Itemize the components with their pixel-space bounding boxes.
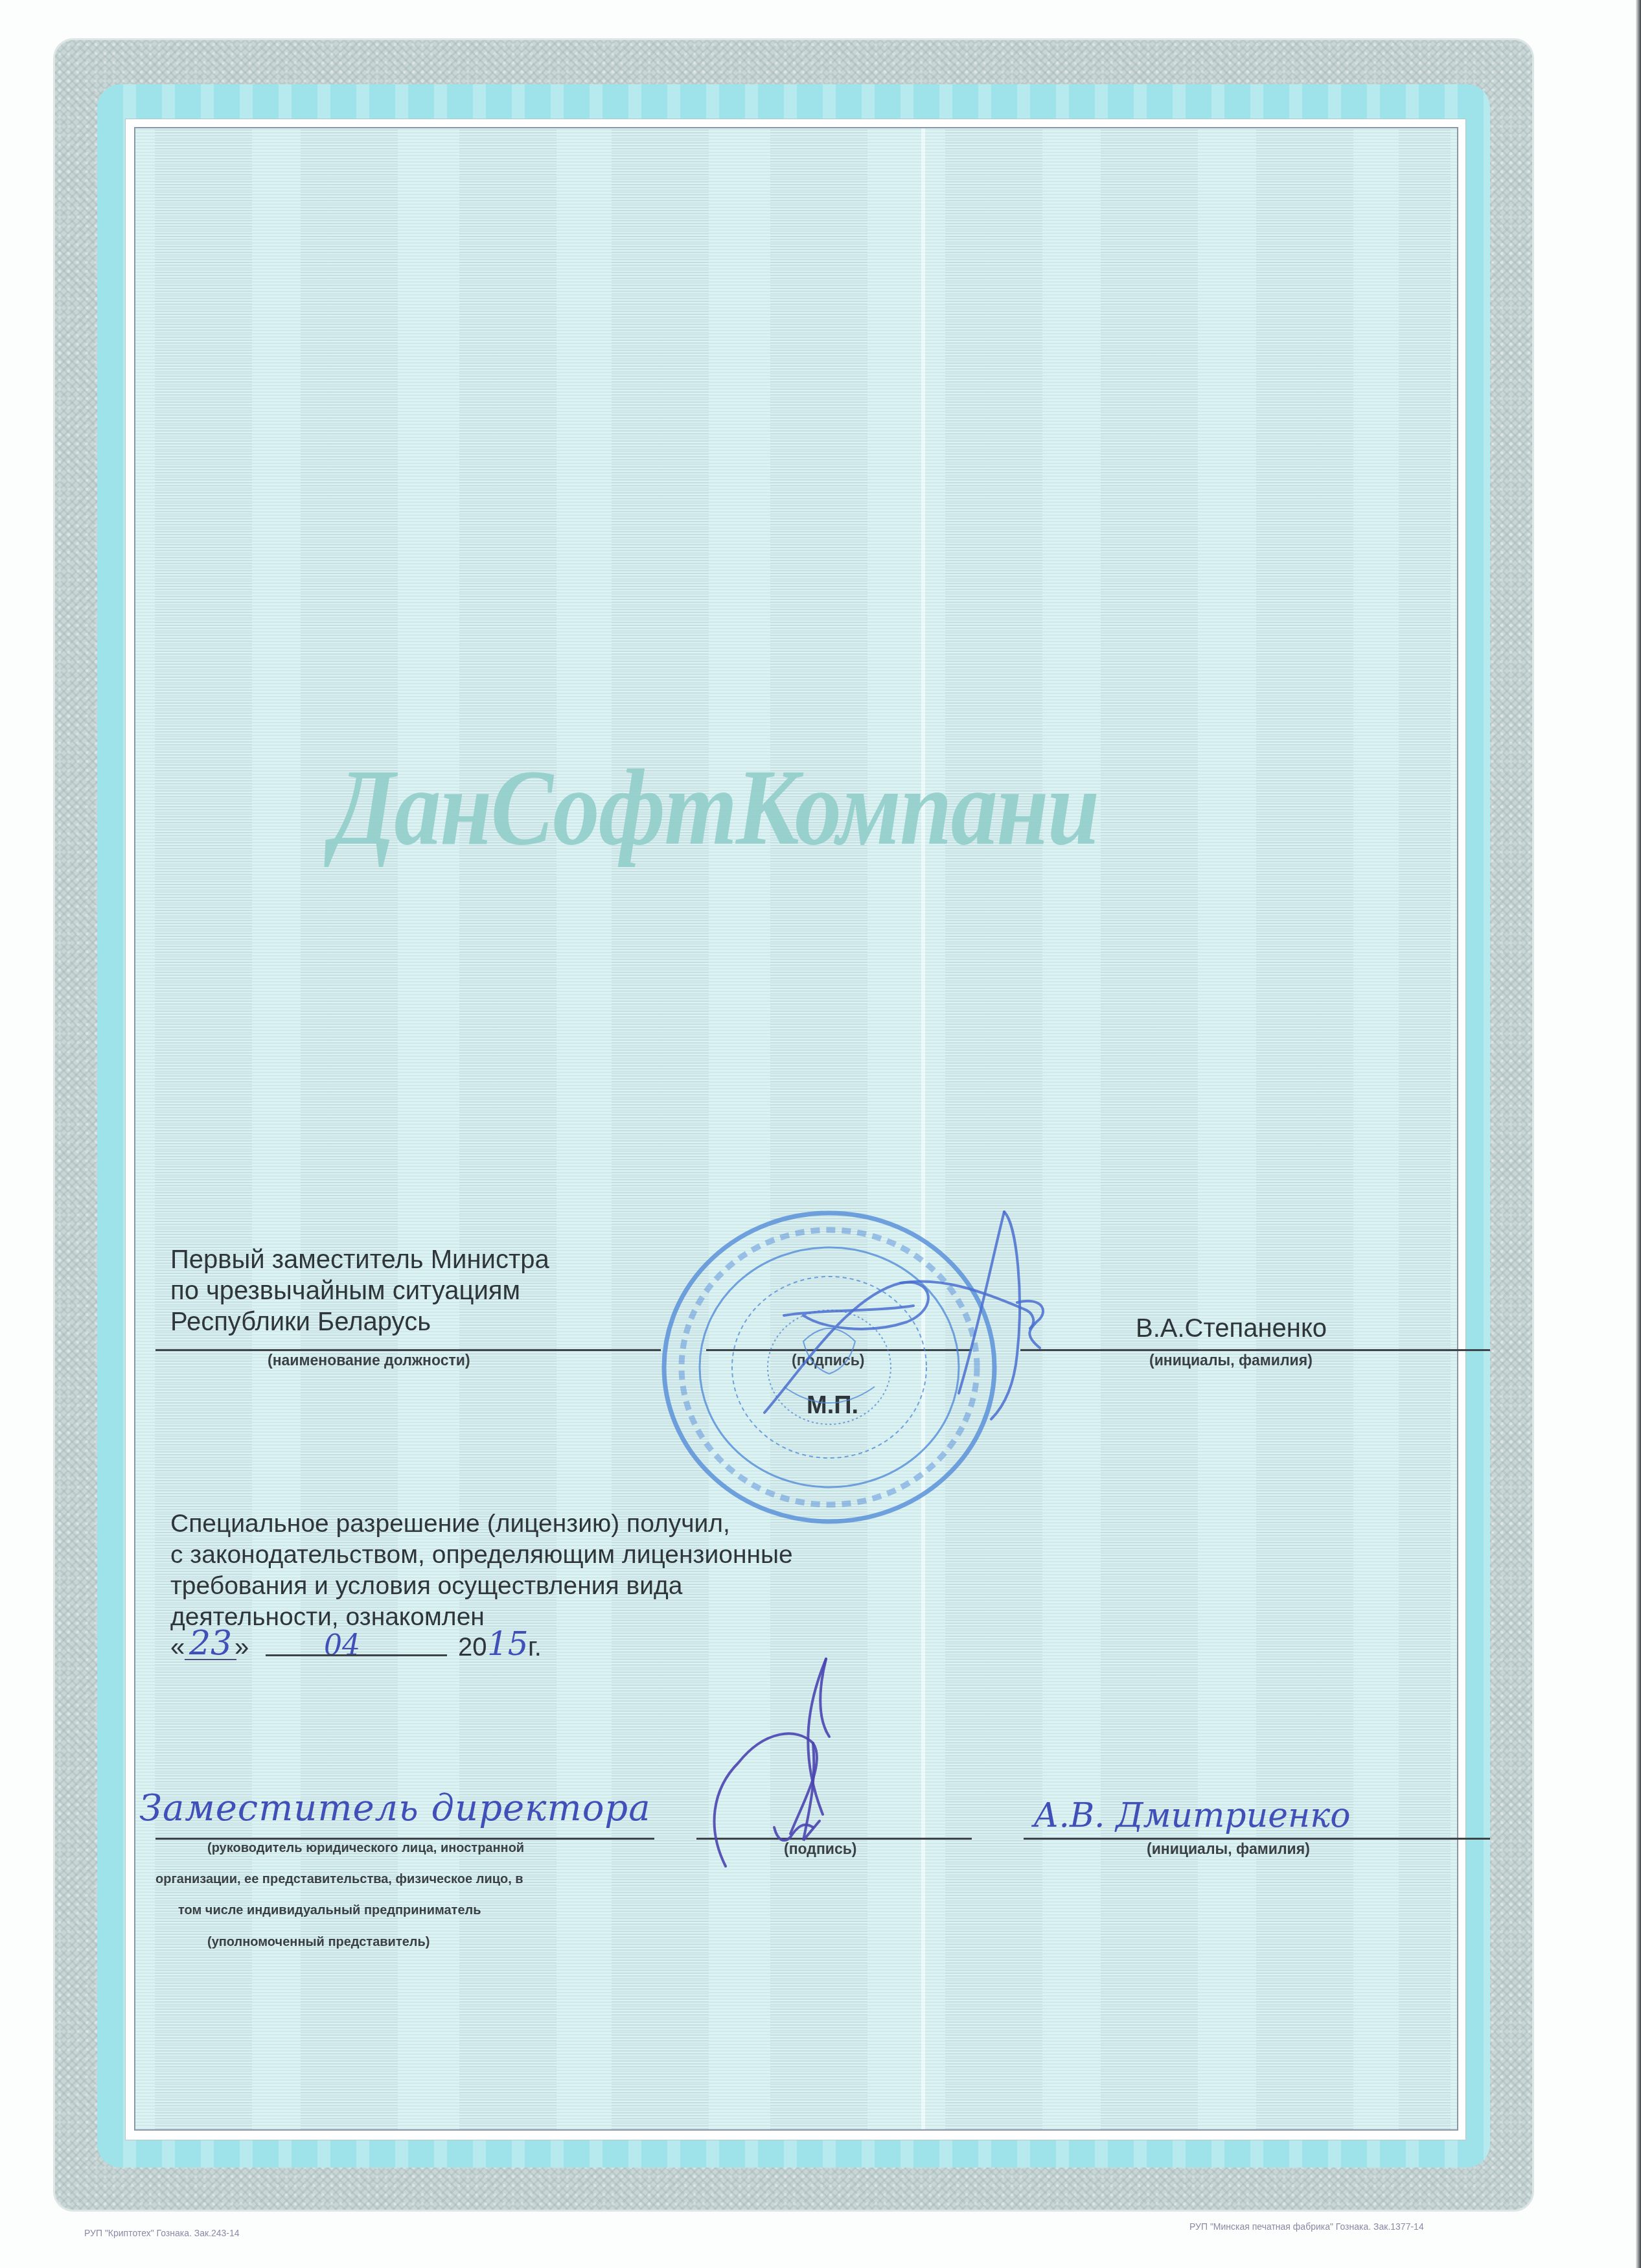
recipient-position-caption-3: том числе индивидуальный предприниматель [178,1904,481,1917]
ack-line-2: с законодательством, определяющим лиценз… [170,1542,793,1568]
recipient-position-rule [155,1838,654,1840]
issuer-position-caption: (наименование должности) [268,1353,470,1368]
recipient-name-rule [1024,1838,1490,1840]
issuer-position-line-1: Первый заместитель Министра [170,1247,549,1273]
ack-line-1: Специальное разрешение (лицензию) получи… [170,1511,730,1536]
date-year-prefix: 20 [458,1634,487,1660]
footer-printer-right: РУП "Минская печатная фабрика" Гознака. … [1189,2221,1424,2232]
issuer-position-line-3: Республики Беларусь [170,1309,431,1335]
issuer-name-rule [1020,1349,1490,1351]
recipient-position-caption-1: (руководитель юридического лица, иностра… [207,1842,524,1855]
date-year-handwritten: 15 [487,1625,529,1663]
recipient-signature-icon [700,1633,972,1873]
company-watermark: ДанСофтКомпани [311,745,1119,870]
issuer-name: В.А.Степаненко [1136,1315,1327,1341]
footer-printer-left: РУП "Криптотех" Гознака. Зак.243-14 [84,2228,240,2238]
date-day-rule [185,1659,236,1660]
date-year-unit: г. [528,1634,542,1660]
recipient-name-handwritten: А.В. Дмитриенко [1033,1796,1351,1835]
recipient-position-caption-4: (уполномоченный представитель) [207,1936,430,1949]
issuer-position-rule [155,1349,661,1351]
issuer-position-line-2: по чрезвычайным ситуациям [170,1278,520,1304]
date-month-rule [266,1654,447,1656]
ack-line-3: требования и условия осуществления вида [170,1573,683,1599]
date-close-quote: » [235,1634,249,1660]
recipient-position-handwritten: Заместитель директора [139,1787,651,1829]
scan-edge [1636,0,1641,2268]
issuer-signature-icon [745,1199,1056,1432]
issuer-name-caption: (инициалы, фамилия) [1149,1353,1313,1368]
recipient-name-caption: (инициалы, фамилия) [1147,1842,1310,1857]
date-month-handwritten: 04 [324,1629,360,1662]
date-open-quote: « [170,1634,185,1660]
recipient-position-caption-2: организации, ее представительства, физич… [155,1873,523,1886]
date-day-handwritten: 23 [189,1624,232,1663]
